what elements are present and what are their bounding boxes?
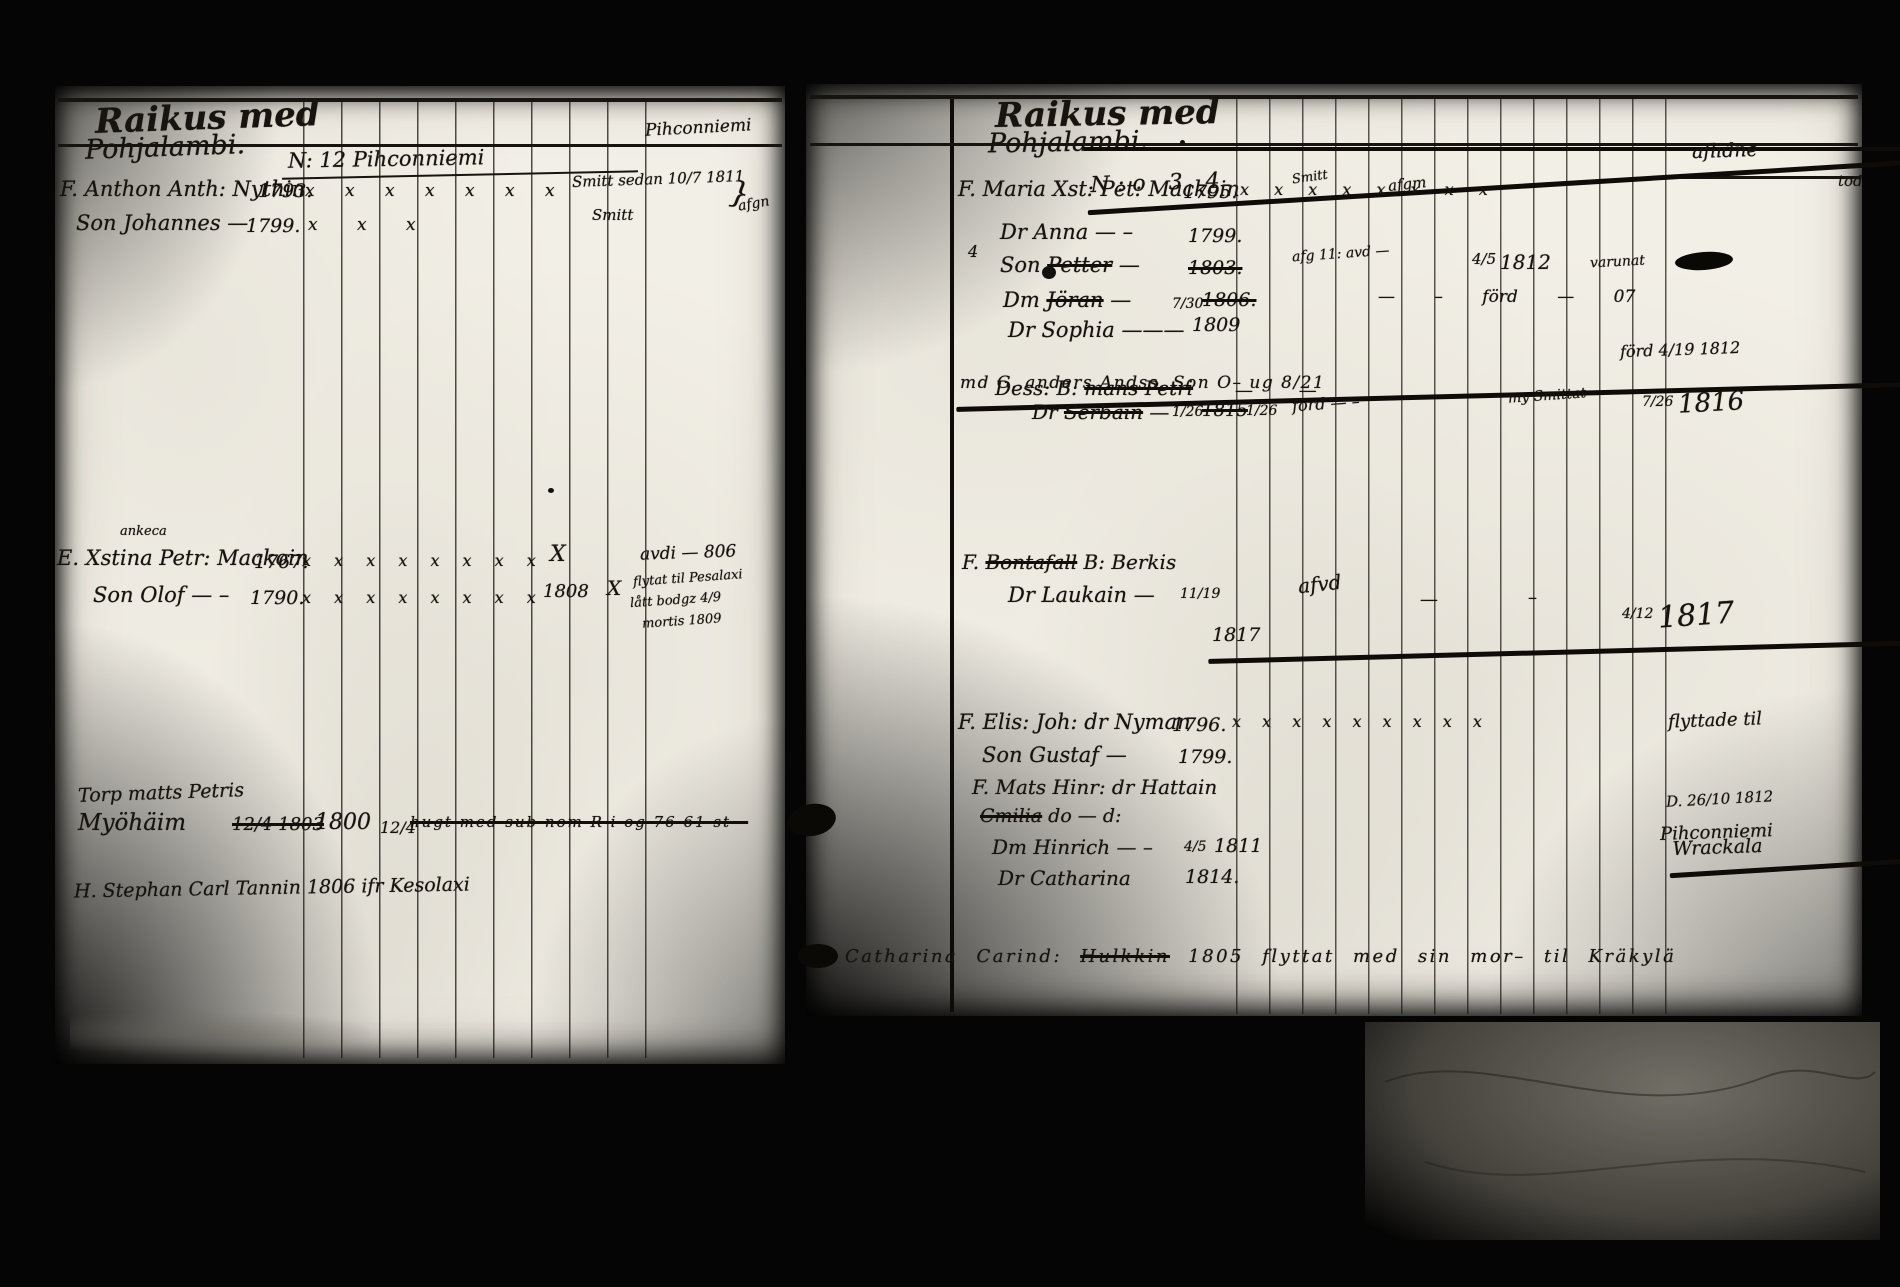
struck-year: 1806. xyxy=(1202,289,1256,311)
dash: – xyxy=(1528,587,1537,608)
entry-year: 1811 xyxy=(1214,835,1262,857)
struck-year: 1817 xyxy=(1212,624,1900,646)
struck-text: hugt med sub nom R i og 76 61 st— xyxy=(410,813,748,831)
right-page-title-line2: Pohjalambi. xyxy=(988,126,1149,160)
dash: — xyxy=(1143,400,1169,424)
margin-note: Smitt xyxy=(592,206,633,224)
attendance-marks: x x x xyxy=(308,215,416,235)
dash: — xyxy=(1104,288,1132,312)
name-prefix: Dess: B: xyxy=(995,376,1084,400)
attendance-marks: x x x x x x x x xyxy=(1240,180,1488,199)
margin-note: — – förd — 07 xyxy=(1378,287,1635,307)
entry-name: Dr Serbäin — xyxy=(1032,400,1169,424)
right-page-column-rules xyxy=(1236,97,1670,1014)
date-fraction: 1/26 xyxy=(1172,404,1203,420)
entry-name: Dr Anna — – xyxy=(1000,220,1133,244)
right-page-corner-note: aflidne xyxy=(1692,139,1758,163)
ink-speck xyxy=(548,488,554,493)
margin-note: avdi — 806 xyxy=(640,541,737,564)
left-section-heading: N: 12 Pihconniemi xyxy=(288,145,485,172)
attendance-marks: x x x x x x x x xyxy=(302,551,536,570)
margin-note: flyttade til xyxy=(1668,708,1763,732)
entry-year-secondary: 1812 xyxy=(1500,250,1551,274)
dash: — xyxy=(1420,589,1438,610)
entry-year: 1799. xyxy=(1178,746,1232,768)
entry-name: Dr Catharina xyxy=(998,866,1131,890)
entry-year: 1805 xyxy=(1170,946,1262,967)
entry-year: 1800 xyxy=(315,810,371,835)
struck-year: 1803. xyxy=(1188,257,1242,279)
date-fraction: 4/5 xyxy=(1472,250,1496,268)
scanned-parish-register: Raikus med Pohjalambi. Pihconniemi N: 12… xyxy=(0,0,1900,1287)
entry-year-secondary: 1808 xyxy=(543,581,589,602)
entry-year-large: 1817 xyxy=(1657,595,1736,635)
ink-blot xyxy=(798,944,838,968)
entry-year-large: 1816 xyxy=(1677,386,1745,419)
entry-name: Son Olof — – xyxy=(93,583,229,607)
left-page-title-line2: Pohjalambi. xyxy=(85,129,246,166)
entry-name: F. Mats Hinr: dr Hattain xyxy=(972,775,1217,799)
attendance-marks: x x x x x x x x x xyxy=(1232,712,1482,731)
date-fraction: 7/26 xyxy=(1642,394,1673,410)
entry-name: F. Elis: Joh: dr Nyman xyxy=(958,710,1191,734)
entry-year: 1790. xyxy=(250,587,304,609)
date-fraction: 4/5 xyxy=(1184,839,1207,855)
struck-name: Jöran xyxy=(1046,288,1103,312)
name-rest: do — d: xyxy=(1042,805,1121,827)
entry-name: Cmilia do — d: xyxy=(980,805,1121,827)
entry-name: Son Johannes — xyxy=(76,211,248,235)
entry-year: 1767. xyxy=(254,551,308,573)
right-page-top-rule xyxy=(810,95,1858,99)
ink-speck xyxy=(1180,140,1185,145)
attendance-marks: x x x x x x x xyxy=(305,181,555,201)
date-fraction: 4/12 xyxy=(1622,606,1653,622)
row-number: 4 xyxy=(968,242,978,261)
date-fraction: 7/30 xyxy=(1172,296,1203,312)
entry-name: Myöhäim xyxy=(78,810,186,836)
name-prefix: Son xyxy=(1000,253,1047,277)
entry-name: Son Gustaf — xyxy=(982,743,1127,767)
struck-name: Hulkkin xyxy=(1080,946,1170,967)
name-rest: B: Berkis xyxy=(1077,550,1176,574)
date-fraction: 11/19 xyxy=(1180,586,1220,602)
entry-year: 1799. xyxy=(246,215,300,237)
cross-mark: X xyxy=(607,576,621,600)
entry-year: 1809 xyxy=(1192,314,1240,336)
struck-name: Petter xyxy=(1047,253,1112,277)
struck-name: Bontafall xyxy=(985,550,1077,574)
margin-note: varunat xyxy=(1590,253,1646,272)
date-fraction: 1/26 xyxy=(1246,403,1277,419)
entry-name: Dm Jöran — xyxy=(1003,288,1131,312)
struck-name: mans Petri xyxy=(1084,376,1193,400)
dash: — xyxy=(1112,253,1140,277)
name-prefix: F. xyxy=(962,550,985,574)
entry-name: Dm Hinrich — – xyxy=(992,835,1153,859)
margin-note: afvd xyxy=(1297,570,1343,598)
entry-name: Dr Sophia ——— xyxy=(1008,318,1184,342)
note-rest: flyttat med sin mor– til Kräkylä xyxy=(1262,946,1676,967)
attendance-marks: x x x x x x x x xyxy=(302,588,536,607)
name-prefix: Dr xyxy=(1032,400,1064,424)
entry-year: 1814. xyxy=(1185,866,1239,888)
cross-mark: X xyxy=(550,542,566,567)
entry-name: F. Bontafall B: Berkis xyxy=(962,550,1176,574)
name-prefix: Dm xyxy=(1003,288,1046,312)
scan-bottom-grey-area xyxy=(1365,1022,1880,1240)
name-prefix: Catharina Carind: xyxy=(845,946,1080,967)
struck-date: 12/4 1803 xyxy=(232,814,324,835)
struck-name: Cmilia xyxy=(980,805,1042,827)
entry-name: Dess: B: mans Petri xyxy=(995,376,1193,400)
struck-year: 1815 xyxy=(1202,400,1248,421)
entry-year: 1796. xyxy=(1172,714,1226,736)
struck-name: Serbäin xyxy=(1064,400,1143,424)
entry-name: Son Petter — xyxy=(1000,253,1140,277)
faint-pen-scribble xyxy=(1365,1022,1880,1240)
left-page-column-rules xyxy=(303,100,647,1058)
entry-name: Dr Laukain — xyxy=(1008,583,1155,607)
entry-name: Catharina Carind: Hulkkin 1805 flyttat m… xyxy=(845,946,1676,967)
entry-year: 1795. xyxy=(1183,181,1237,203)
right-page-left-border-rule xyxy=(950,97,954,1012)
margin-note: Pihconniemi xyxy=(1660,820,1773,845)
entry-year: 1799. xyxy=(1188,225,1242,247)
edge-fragment: tod xyxy=(1838,172,1863,190)
widow-superscript-note: ankeca xyxy=(120,524,167,539)
